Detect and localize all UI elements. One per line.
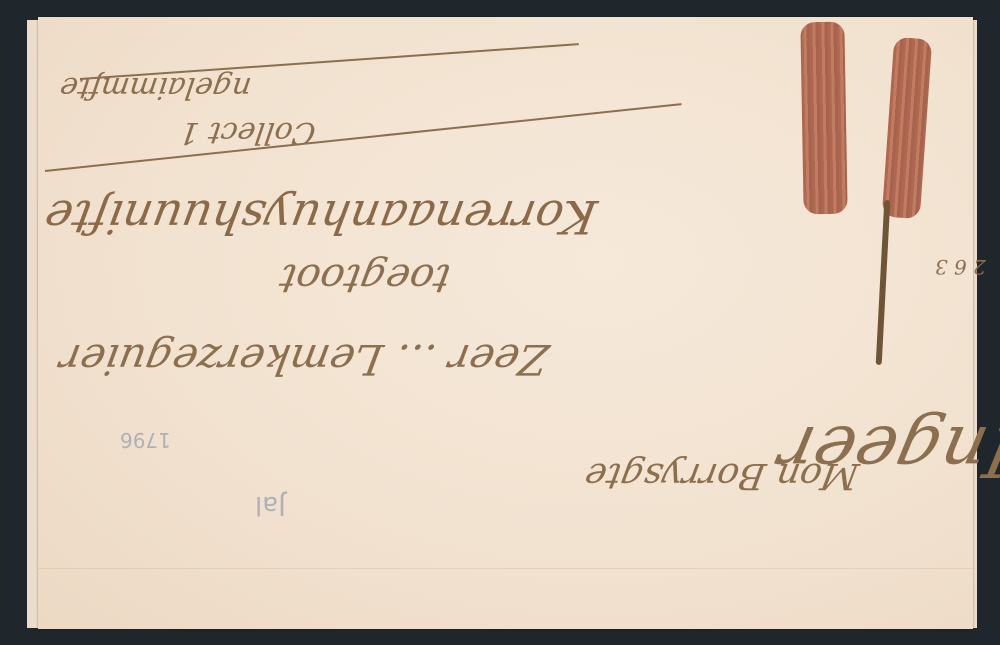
handwritten-line-5: Zeer ... Lemkerzeguier [56, 335, 553, 384]
red-crayon-stroke-left [800, 22, 847, 215]
handwritten-line-3: Korrenaanhuyshuunifte [40, 190, 600, 244]
paper-fold-line [38, 568, 973, 569]
pencil-note-initials: Jal [255, 490, 286, 520]
pencil-note-year: 1796 [120, 428, 171, 452]
rate-mark: 2 6 3 [935, 255, 986, 279]
handwritten-line-4: toegtoot [276, 255, 454, 301]
handwritten-address-initial: Ingeer [771, 410, 1000, 492]
handwritten-line-1: ngelaimmfte [58, 70, 254, 105]
